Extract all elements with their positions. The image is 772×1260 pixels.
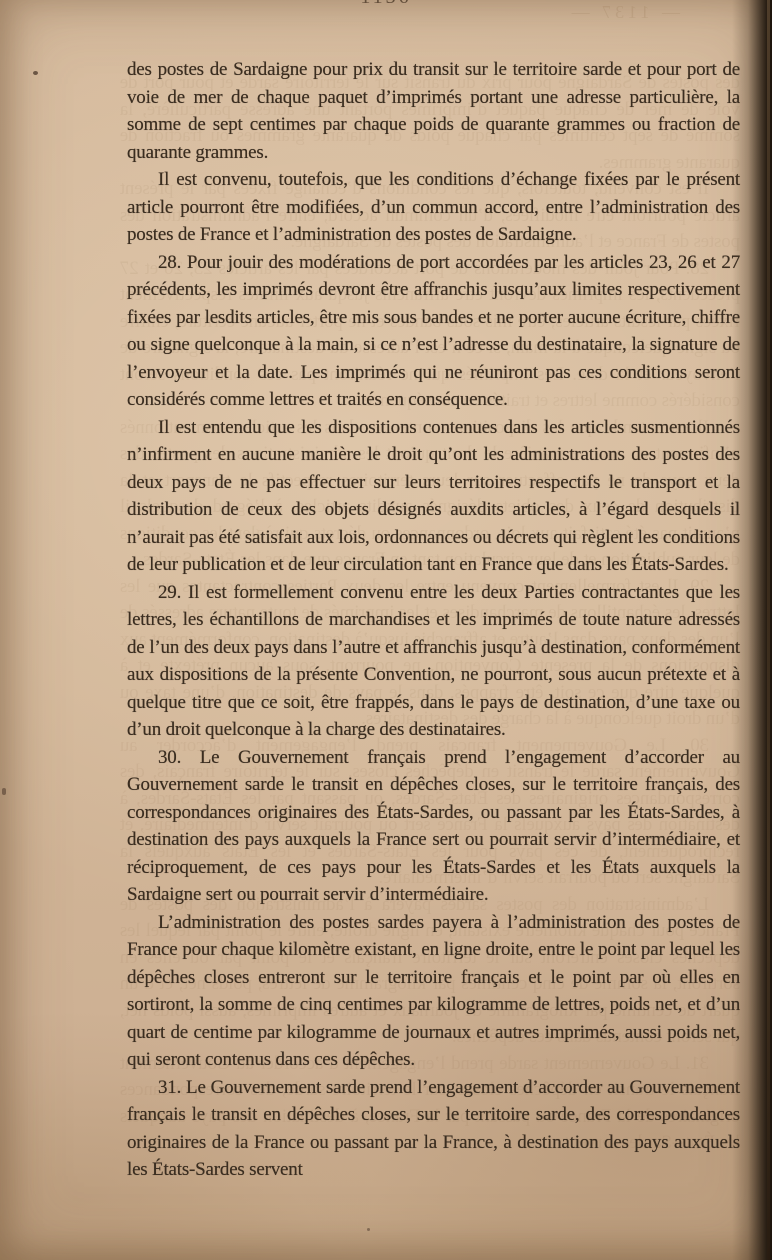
paragraph: des postes de Sardaigne pour prix du tra… xyxy=(127,56,740,166)
paragraph: L’administration des postes sardes payer… xyxy=(127,909,740,1074)
book-page-scan: — 1137 — 1136 des postes de Sardaigne po… xyxy=(0,0,772,1260)
paragraph: Il est entendu que les dispositions cont… xyxy=(127,414,740,579)
ink-speck xyxy=(33,71,38,75)
paragraph: 29. Il est formellement convenu entre le… xyxy=(127,579,740,744)
paragraph: 31. Le Gouvernement sarde prend l’engage… xyxy=(127,1074,740,1184)
paragraph: Il est convenu, toutefois, que les condi… xyxy=(127,166,740,249)
ink-speck xyxy=(2,788,6,795)
page-text-block: des postes de Sardaigne pour prix du tra… xyxy=(127,56,740,1184)
ink-speck xyxy=(367,1228,370,1231)
page-number-partial: 1136 xyxy=(360,0,411,9)
paragraph: 28. Pour jouir des modérations de port a… xyxy=(127,249,740,414)
paragraph: 30. Le Gouvernement français prend l’eng… xyxy=(127,744,740,909)
page-edge-shadow xyxy=(732,0,772,1260)
bleedthrough-page-number: — 1137 — xyxy=(440,2,680,23)
